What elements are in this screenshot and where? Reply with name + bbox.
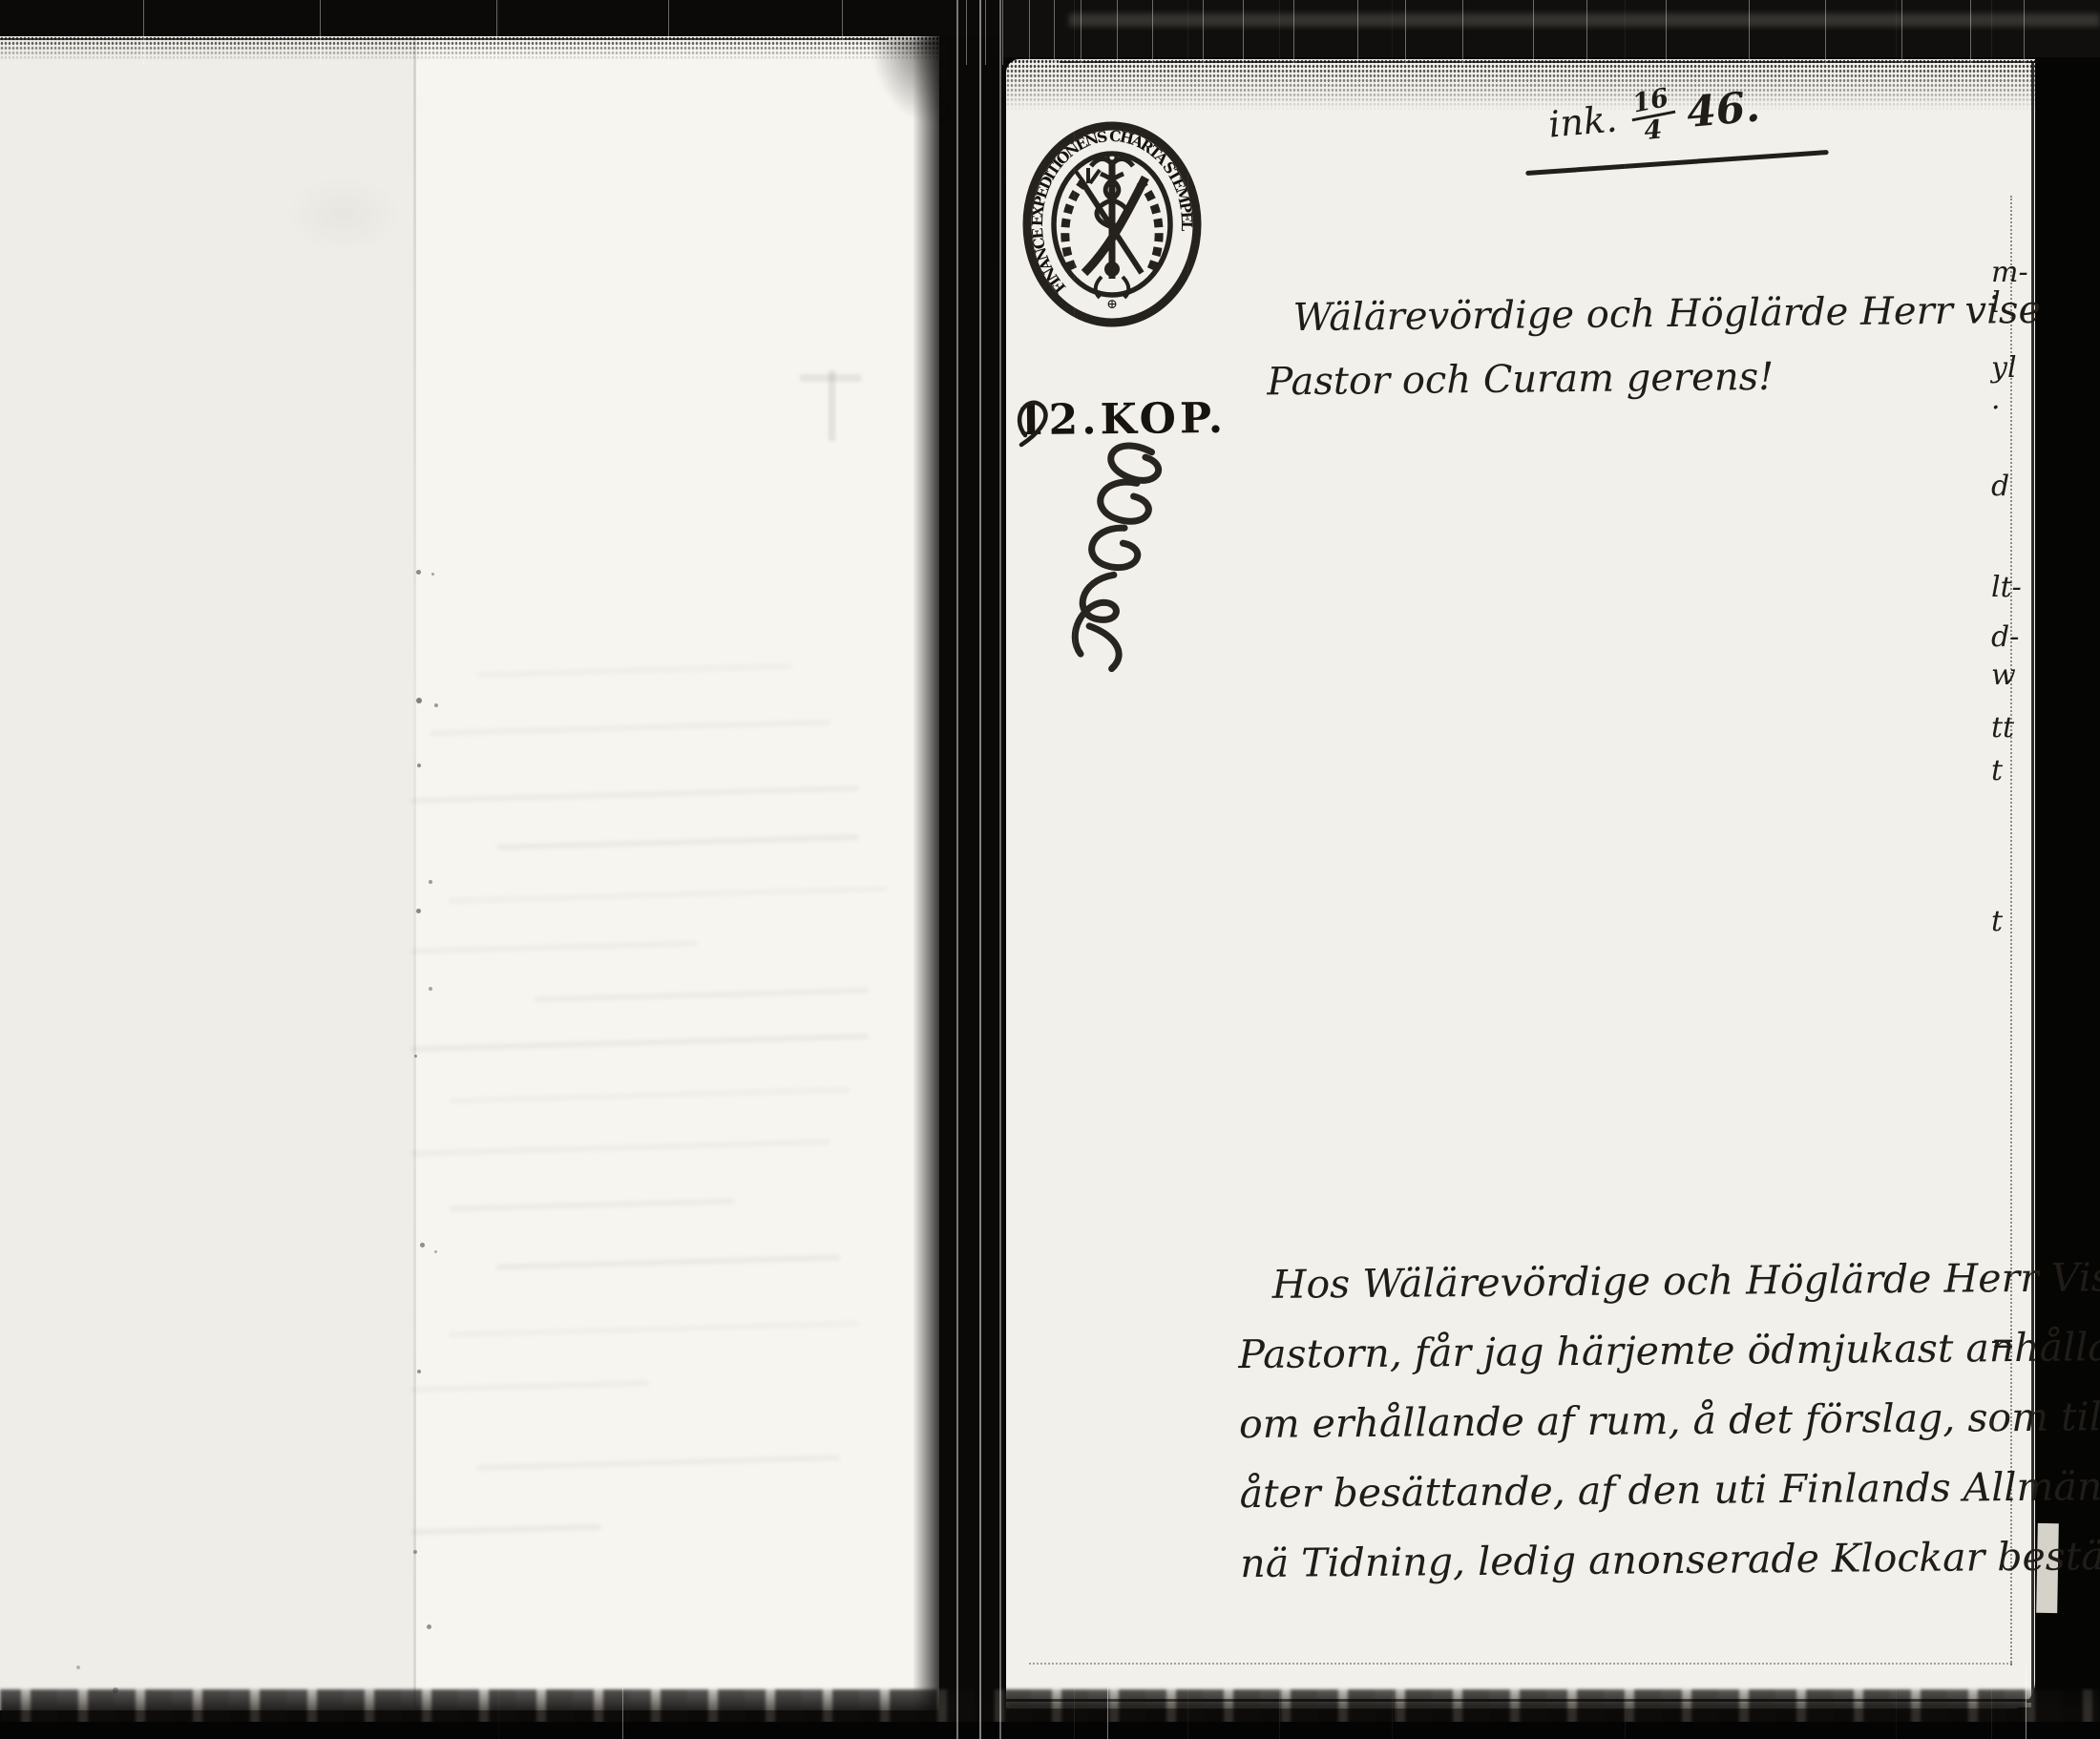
scratch-line [1533,0,1534,65]
ink-speck [113,1687,118,1693]
laurel-right [1140,181,1159,269]
edge-fragment: = [1991,1327,2015,1360]
body-line: Hos Wälärevördige och Höglärde Herr Vise [1271,1243,2100,1320]
scratch-line [1896,0,1897,1739]
received-word: ink. [1547,98,1619,146]
date-denominator: 4 [1643,116,1663,144]
scanned-archival-letter: ink. 16 4 46. FI [0,0,2100,1739]
toner-grain [1006,59,2035,111]
book-gutter-shadow [939,0,1006,1739]
scratch-line [1074,0,1075,1739]
page-top-edge-line [1060,61,2037,63]
ink-speck [413,1550,417,1554]
ink-speck [434,703,438,707]
scratch-line [1187,0,1188,1739]
left-page-tint [0,34,413,1710]
salutation-block: Wälärevördige och Höglärde Herr vise Pas… [1292,279,2042,414]
scratch-line [1117,0,1118,65]
ruled-frame-horizontal [1029,1663,2012,1665]
ink-speck [434,1250,437,1253]
edge-fragment: tt [1991,711,2014,744]
page-top-edge-line [0,38,888,40]
edge-fragment: d- [1991,620,2019,654]
scratch-line [498,0,499,1739]
body-line: nä Tidning, ledig anonserade Klockar bes… [1240,1521,2100,1599]
scratch-line [979,0,981,1739]
scratch-line [1002,0,1003,65]
ink-speck [414,1055,417,1058]
ink-speck [416,570,421,575]
scratch-line [1991,0,1992,1739]
ink-speck [427,1624,431,1629]
scratch-line [2026,1665,2026,1739]
scratch-line [1081,0,1081,65]
edge-fragment: · [1991,391,2001,425]
edge-fragment: d [1991,470,2009,503]
scratch-line [1405,0,1406,65]
ink-speck [431,573,434,576]
body-line: Pastorn, får jag härjemte ödmjukast anhå… [1238,1312,2100,1390]
finance-expedition-seal: FINANCE EXPEDITIONENS CHARTA STEMPEL ⊕ [1014,115,1210,340]
scan-top-edge-right [1002,0,2100,57]
scratch-line [1625,0,1626,1739]
scratch-line [2024,0,2025,65]
scan-bottom-edge [0,1722,2100,1739]
salutation-line: Wälärevördige och Höglärde Herr vise [1292,279,2041,350]
ink-speck [416,909,421,913]
scan-top-streak [1069,13,2100,27]
received-date-fraction: 16 4 [1627,86,1675,145]
scratch-line [1586,0,1587,65]
scratch-line [842,0,843,65]
ribbon-knot [1104,262,1120,277]
received-year: 46. [1685,82,1762,136]
ink-speck [417,764,421,767]
seal-ornament: ⊕ [1106,297,1118,312]
scratch-line [320,0,321,65]
scratch-line [622,1687,623,1739]
vertical-signature-scribble [1023,424,1201,686]
scratch-line [1666,0,1667,65]
letter-body: Hos Wälärevördige och Höglärde Herr Vise… [1237,1243,2100,1599]
edge-fragment: yl [1991,351,2017,385]
scratch-line [668,0,669,65]
gutter-left-fade [913,0,941,1739]
date-numerator: 16 [1627,84,1675,121]
body-line: åter besättande, af den uti Finlands All… [1239,1452,2100,1529]
scratch-line [1392,0,1393,1739]
ink-speck [417,1370,421,1373]
ink-speck [416,698,422,703]
scratch-line [1901,0,1902,65]
scratch-line [1970,0,1971,65]
scratch-line [1357,0,1358,65]
edge-fragment: t [1991,905,2003,938]
edge-fragment: w [1991,659,2016,692]
scratch-line [1243,0,1244,65]
scratch-line [966,0,967,65]
ink-speck [429,987,432,991]
scratch-line [956,0,958,1739]
edge-fragment: m- [1991,256,2028,289]
scratch-line [1462,0,1463,65]
faint-stain [286,177,401,253]
scratch-line [1152,0,1153,65]
bleedthrough-mark [800,374,861,382]
body-line: om erhållande af rum, å det förslag, som… [1239,1382,2100,1459]
scratch-line [985,0,986,65]
scratch-line [1029,0,1030,65]
scratch-line [999,0,1001,1739]
left-page-fold-crease [413,36,416,1710]
scratch-line [1054,0,1055,65]
scratch-line [1825,0,1826,65]
scratch-line [1107,1687,1108,1739]
salutation-line: Pastor och Curam gerens! [1267,343,2042,414]
ink-speck [76,1666,80,1669]
edge-fragment: t [1991,754,2003,787]
edge-fragment: l [1991,286,2001,320]
scratch-line [1203,0,1204,65]
edge-fragment: lt- [1991,571,2022,604]
scratch-line [496,0,497,65]
ink-speck [429,880,432,884]
scratch-line [143,0,144,65]
scratch-line [1293,0,1294,65]
scratch-line [1749,0,1750,65]
ink-speck [420,1243,425,1247]
scratch-line [1279,0,1280,1739]
